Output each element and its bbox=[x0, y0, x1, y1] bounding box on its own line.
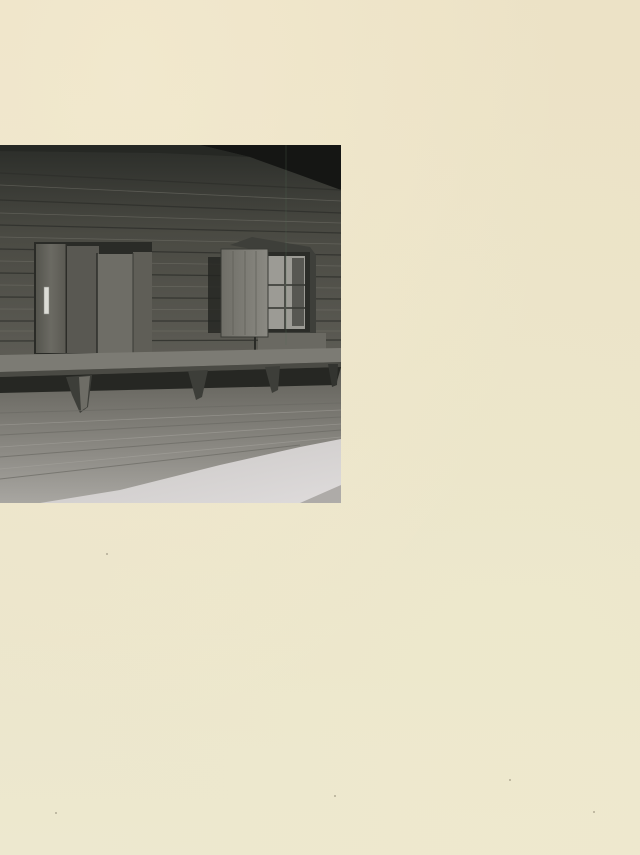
paper-speck bbox=[106, 553, 108, 555]
paper-speck bbox=[509, 779, 511, 781]
paper-speck bbox=[593, 811, 595, 813]
wooden-wall-photo bbox=[0, 145, 341, 503]
double-shutter bbox=[34, 242, 152, 354]
photograph bbox=[0, 145, 341, 503]
paper-speck bbox=[55, 812, 57, 814]
paper-speck bbox=[334, 795, 336, 797]
album-page bbox=[0, 0, 640, 855]
